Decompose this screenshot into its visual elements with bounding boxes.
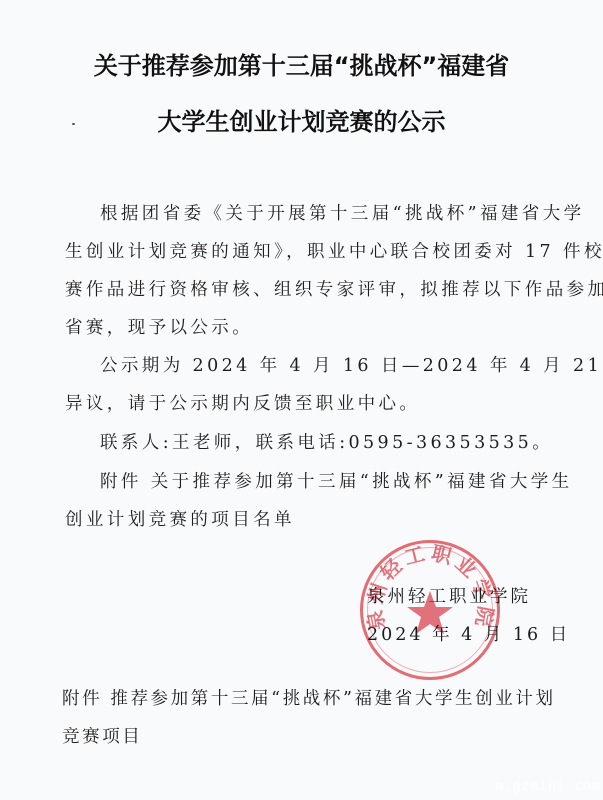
official-seal: 泉州轻工职业学院 [360, 540, 500, 680]
signature-date: 2024 年 4 月 16 日 [367, 621, 570, 646]
document-title-line1: 关于推荐参加第十三届“挑战杯”福建省 [0, 46, 603, 81]
paragraph1-line3: 赛作品进行资格审核、组织专家评审，拟推荐以下作品参加 [65, 279, 603, 301]
paragraph1-line2: 生创业计划竞赛的通知》，职业中心联合校团委对 17 件校 [65, 241, 603, 263]
seal-graphic: 泉州轻工职业学院 [363, 543, 497, 677]
scan-speck [72, 123, 75, 125]
attachment-note-line1: 附件 关于推荐参加第十三届“挑战杯”福建省大学生 [100, 471, 573, 493]
signature-organization: 泉州轻工职业学院 [367, 583, 531, 608]
paragraph1-line1: 根据团省委《关于开展第十三届“挑战杯”福建省大学 [100, 203, 585, 225]
paragraph1-line4: 省赛，现予以公示。 [65, 317, 253, 339]
attachment-heading-line1: 附件 推荐参加第十三届“挑战杯”福建省大学生创业计划 [62, 688, 556, 710]
paragraph2-line1: 公示期为 2024 年 4 月 16 日—2024 年 4 月 21 日，如有 [100, 355, 603, 377]
site-watermark: m.gzmini.com [495, 779, 601, 794]
contact-info: 联系人:王老师，联系电话:0595-36353535。 [100, 432, 553, 454]
paragraph2-line2: 异议，请于公示期内反馈至职业中心。 [65, 393, 420, 415]
attachment-note-line2: 创业计划竞赛的项目名单 [65, 509, 295, 531]
document-title-line2: 大学生创业计划竞赛的公示 [0, 102, 603, 137]
attachment-heading-line2: 竞赛项目 [62, 726, 142, 748]
